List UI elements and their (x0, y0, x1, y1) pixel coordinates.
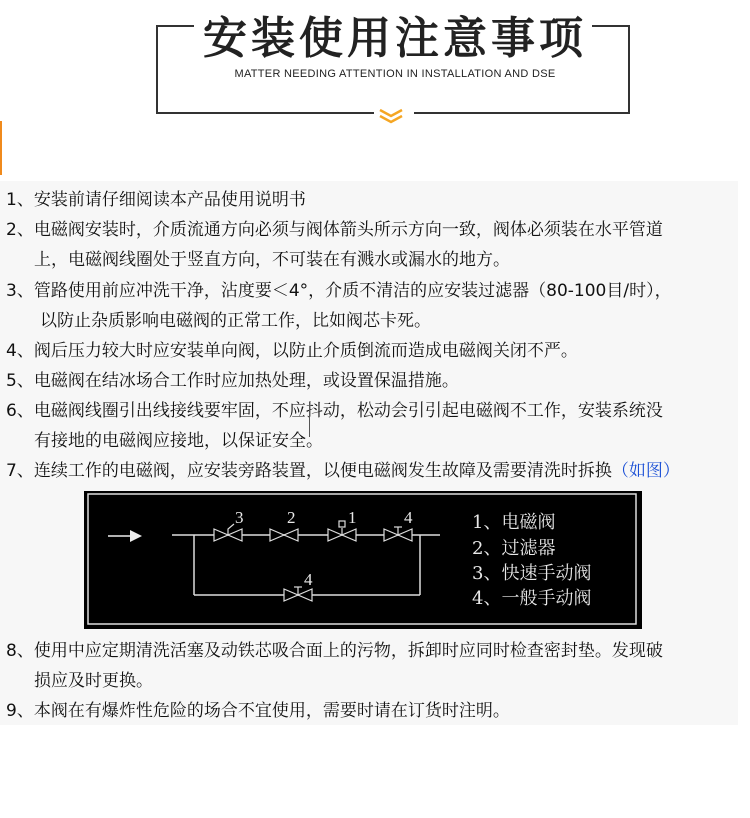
note-item-3: 3、管路使用前应冲洗干净，沾度要＜4°，介质不清洁的应安装过滤器（80-100目… (6, 280, 672, 302)
legend-item-3: 3、快速手动阀 (472, 563, 591, 584)
note-item-8-cont: 损应及时更换。 (34, 670, 153, 692)
note-item-6: 6、电磁阀线圈引出线接线要牢固，不应抖动，松动会引引起电磁阀不工作，安装系统没 (6, 400, 663, 422)
note-item-3-cont: 以防止杂质影响电磁阀的正常工作，比如阀芯卡死。 (40, 310, 431, 332)
bypass-diagram: 3 2 1 4 4 1、电磁阀 2、过滤器 3、快速手动阀 4、一般手动阀 (84, 491, 642, 629)
note-item-9: 9、本阀在有爆炸性危险的场合不宜使用，需要时请在订货时注明。 (6, 700, 510, 722)
note-item-1: 1、安装前请仔细阅读本产品使用说明书 (6, 189, 306, 211)
legend-item-2: 2、过滤器 (472, 538, 555, 559)
note-item-4: 4、阀后压力较大时应安装单向阀，以防止介质倒流而造成电磁阀关闭不严。 (6, 340, 578, 362)
valve-label-1: 1 (348, 508, 357, 527)
valve-label-3: 3 (235, 508, 244, 527)
page-title: 安装使用注意事项 (0, 2, 750, 66)
note-item-2: 2、电磁阀安装时，介质流通方向必须与阀体箭头所示方向一致，阀体必须装在水平管道 (6, 219, 663, 241)
valve-label-2: 2 (287, 508, 296, 527)
piping-schematic: 3 2 1 4 4 1、电磁阀 2、过滤器 3、快速手动阀 4、一般手动阀 (84, 491, 642, 629)
valve-label-4: 4 (404, 508, 413, 527)
note-item-6-cont: 有接地的电磁阀应接地，以保证安全。 (34, 430, 323, 452)
note-item-7: 7、连续工作的电磁阀，应安装旁路装置，以便电磁阀发生故障及需要清洗时拆换（如图） (6, 460, 680, 482)
legend-item-1: 1、电磁阀 (472, 512, 555, 533)
accent-bar (0, 121, 2, 175)
text-cursor (309, 403, 310, 437)
page-subtitle: MATTER NEEDING ATTENTION IN INSTALLATION… (0, 68, 750, 80)
note-item-2-cont: 上，电磁阀线圈处于竖直方向，不可装在有溅水或漏水的地方。 (34, 249, 510, 271)
chevron-down-icon (378, 108, 404, 124)
note-item-5: 5、电磁阀在结冰场合工作时应加热处理，或设置保温措施。 (6, 370, 459, 392)
note-item-8: 8、使用中应定期清洗活塞及动铁芯吸合面上的污物，拆卸时应同时检查密封垫。发现破 (6, 640, 663, 662)
legend-item-4: 4、一般手动阀 (472, 588, 591, 609)
see-figure-link[interactable]: （如图） (612, 461, 680, 481)
valve-label-bypass-4: 4 (304, 570, 313, 589)
